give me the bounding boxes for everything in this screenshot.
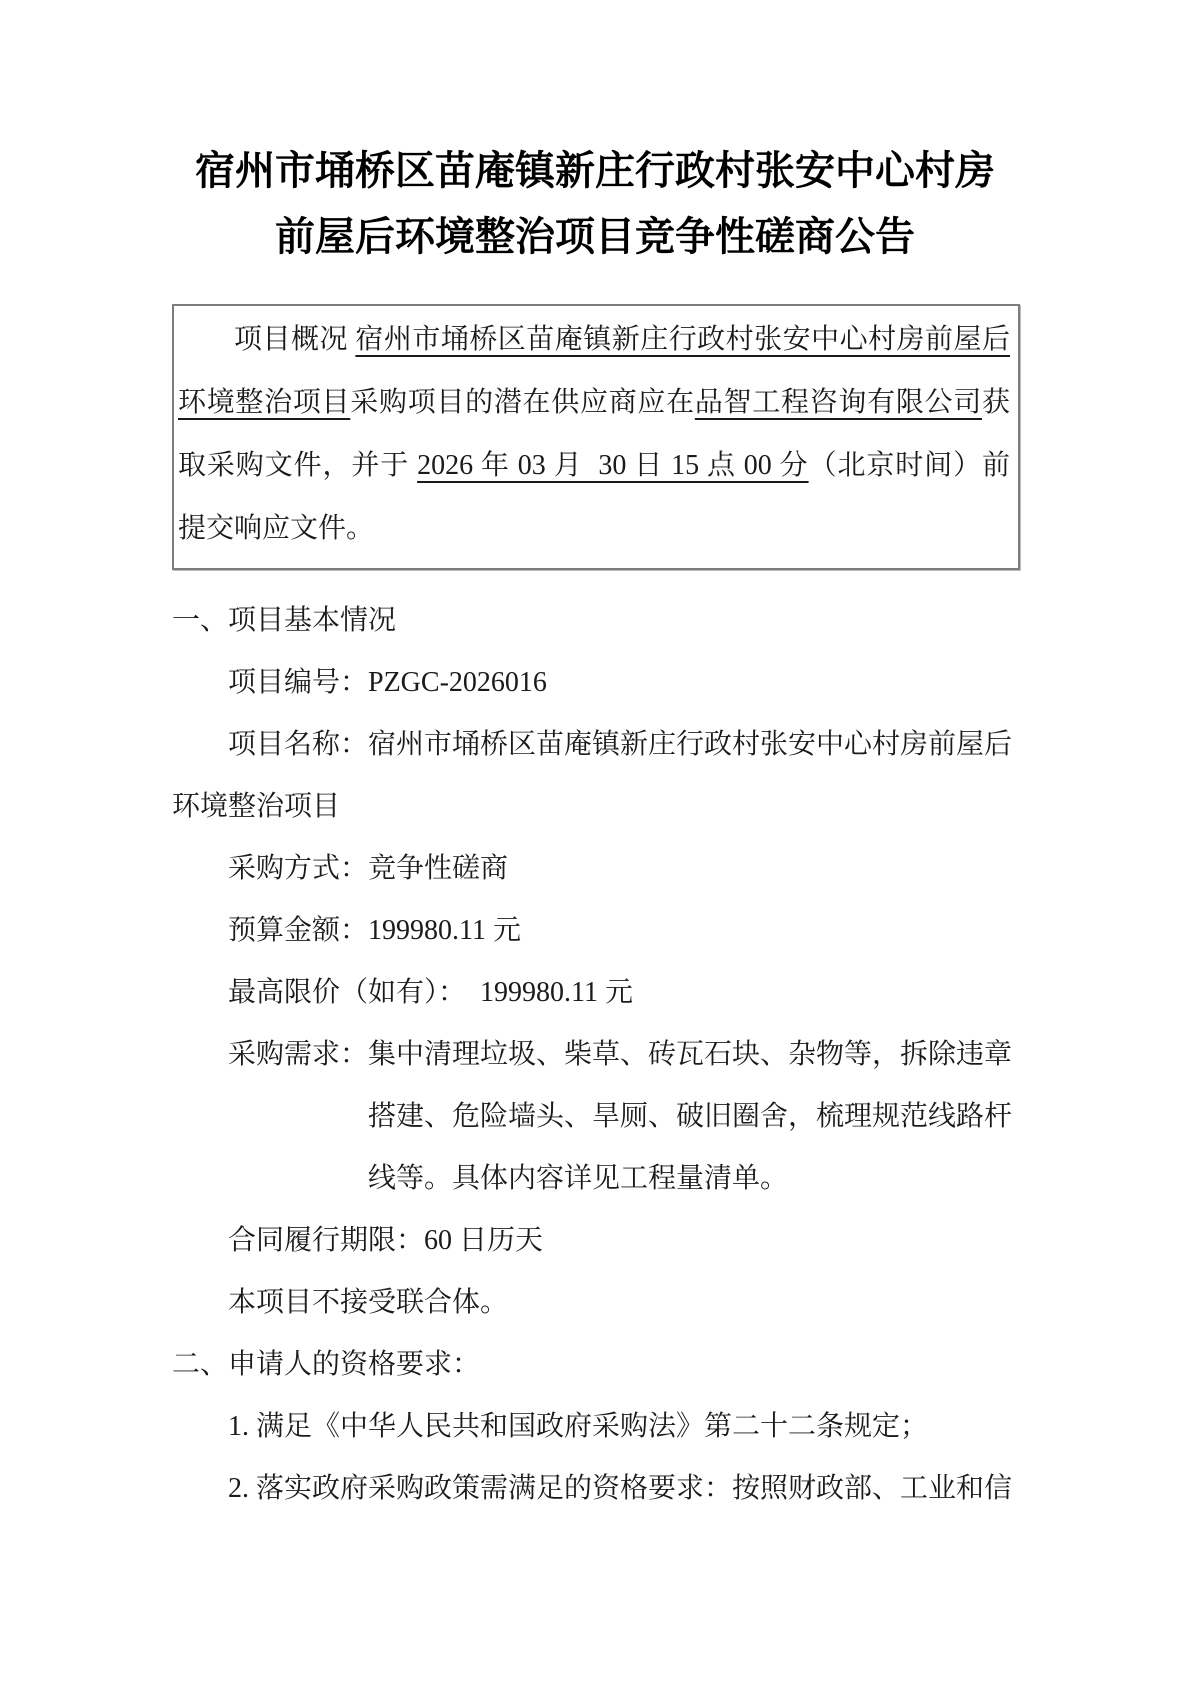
budget-amount: 预算金额：199980.11 元 [172,900,1018,962]
no-consortium-note: 本项目不接受联合体。 [172,1272,1018,1334]
demand-text: 集中清理垃圾、柴草、砖瓦石块、杂物等，拆除违章搭建、危险墙头、旱厕、破旧圈舍，梳… [368,1039,1012,1194]
title-line-1: 宿州市埇桥区苗庵镇新庄行政村张安中心村房 [172,138,1018,204]
project-overview-box: 项目概况 宿州市埇桥区苗庵镇新庄行政村张安中心村房前屋后环境整治项目采购项目的潜… [172,304,1020,570]
overview-label: 项目概况 [234,324,348,355]
contract-period: 合同履行期限：60 日历天 [172,1210,1018,1272]
document-page: 宿州市埇桥区苗庵镇新庄行政村张安中心村房前屋后环境整治项目竞争性磋商公告 项目概… [0,0,1190,1683]
procurement-method: 采购方式：竞争性磋商 [172,838,1018,900]
overview-middle-text: 采购项目的潜在供应商应在 [350,387,695,418]
document-body: 一、项目基本情况 项目编号：PZGC-2026016 项目名称：宿州市埇桥区苗庵… [172,590,1018,1520]
max-price: 最高限价（如有）： 199980.11 元 [172,962,1018,1024]
project-name: 项目名称：宿州市埇桥区苗庵镇新庄行政村张安中心村房前屋后环境整治项目 [172,714,1018,838]
project-number: 项目编号：PZGC-2026016 [172,652,1018,714]
title-line-2: 前屋后环境整治项目竞争性磋商公告 [172,204,1018,270]
procurement-demand: 采购需求：集中清理垃圾、柴草、砖瓦石块、杂物等，拆除违章搭建、危险墙头、旱厕、破… [172,1024,1018,1210]
demand-label: 采购需求： [228,1039,368,1070]
overview-agency-name: 品智工程咨询有限公司 [695,387,982,418]
qualification-item-2: 2. 落实政府采购政策需满足的资格要求：按照财政部、工业和信 [172,1458,1018,1520]
section-1-heading: 一、项目基本情况 [172,590,1018,652]
document-content: 宿州市埇桥区苗庵镇新庄行政村张安中心村房前屋后环境整治项目竞争性磋商公告 项目概… [172,138,1018,1520]
section-2-heading: 二、申请人的资格要求： [172,1334,1018,1396]
project-overview-paragraph: 项目概况 宿州市埇桥区苗庵镇新庄行政村张安中心村房前屋后环境整治项目采购项目的潜… [178,308,1010,560]
qualification-item-1: 1. 满足《中华人民共和国政府采购法》第二十二条规定； [172,1396,1018,1458]
overview-deadline: 2026 年 03 月 30 日 15 点 00 分 [417,450,808,481]
document-title: 宿州市埇桥区苗庵镇新庄行政村张安中心村房前屋后环境整治项目竞争性磋商公告 [172,138,1018,270]
